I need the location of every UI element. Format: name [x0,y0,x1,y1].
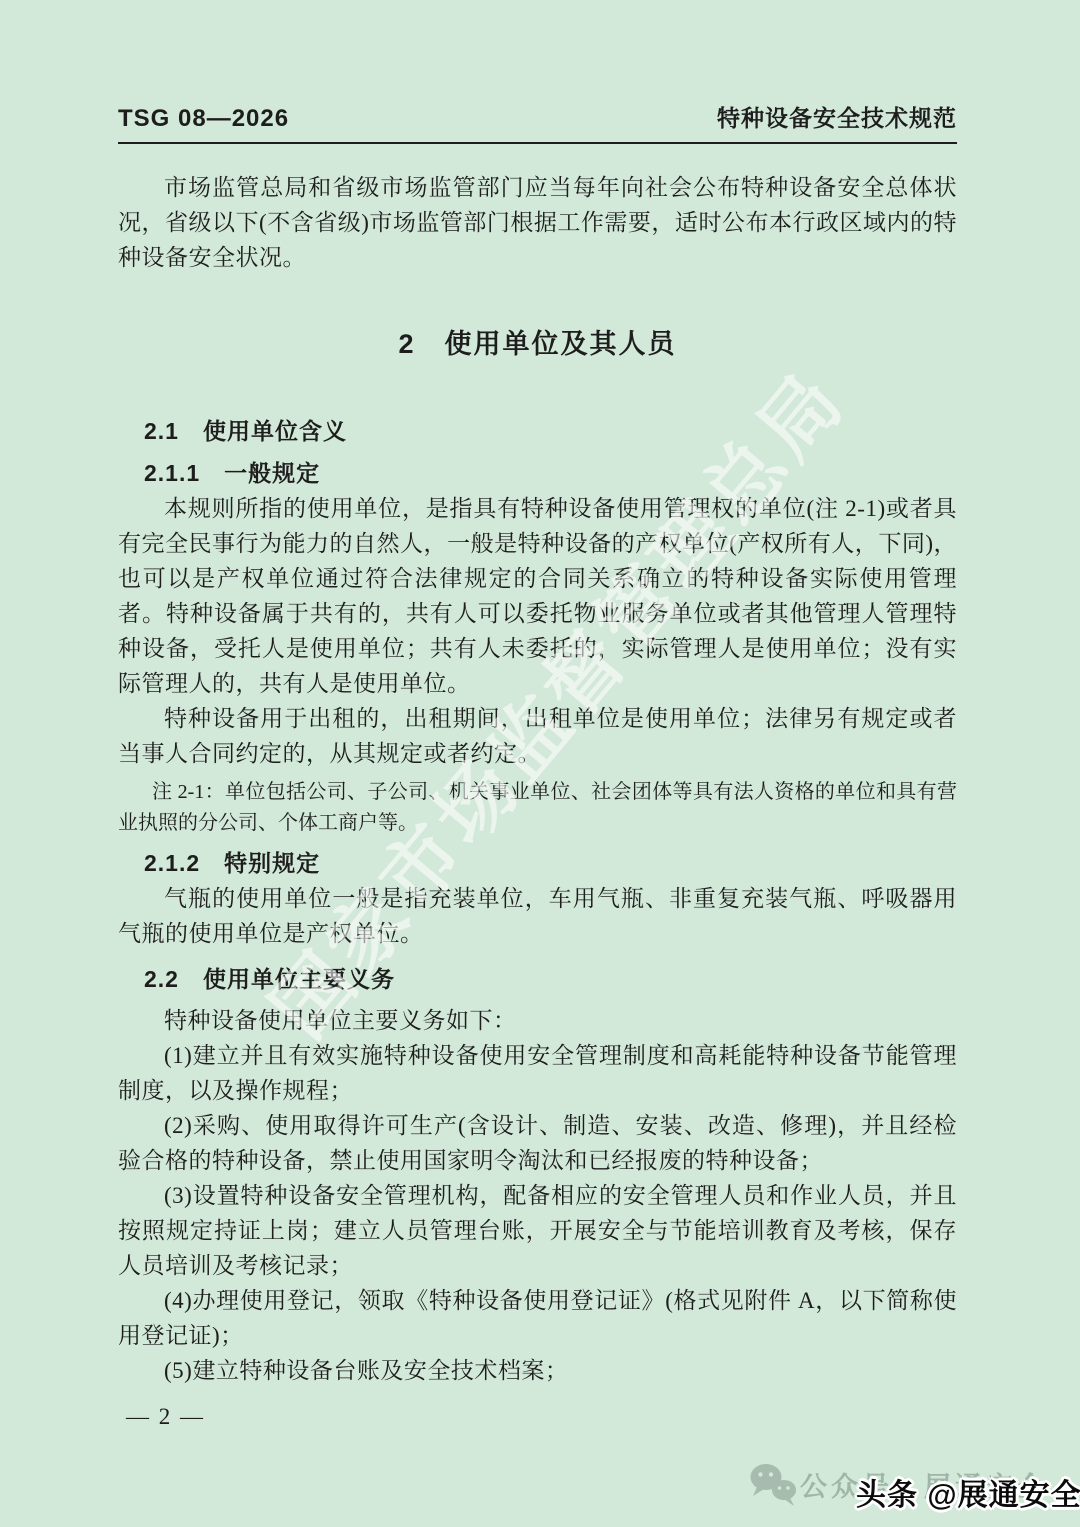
obligation-item-1: (1)建立并且有效实施特种设备使用安全管理制度和高耗能特种设备节能管理制度，以及… [118,1038,957,1108]
obligation-item-5: (5)建立特种设备台账及安全技术档案； [118,1353,957,1388]
document-code: TSG 08—2026 [118,105,289,133]
section-heading-2-1-1: 2.1.1 一般规定 [118,457,957,489]
obligation-item-4: (4)办理使用登记，领取《特种设备使用登记证》(格式见附件 A，以下简称使用登记… [118,1283,957,1353]
paragraph-2-1-1-a: 本规则所指的使用单位，是指具有特种设备使用管理权的单位(注 2-1)或者具有完全… [118,491,957,701]
wechat-icon [748,1462,798,1510]
obligation-item-2: (2)采购、使用取得许可生产(含设计、制造、安装、改造、修理)，并且经检验合格的… [118,1108,957,1178]
document-body: 市场监管总局和省级市场监管部门应当每年向社会公布特种设备安全总体状况，省级以下(… [118,170,957,1430]
page-header: TSG 08—2026 特种设备安全技术规范 [118,100,957,144]
paragraph-2-2-intro: 特种设备使用单位主要义务如下： [118,1003,957,1038]
paragraph-2-1-2: 气瓶的使用单位一般是指充装单位，车用气瓶、非重复充装气瓶、呼吸器用气瓶的使用单位… [118,881,957,951]
section-heading-2-1: 2.1 使用单位含义 [118,415,957,447]
obligation-item-3: (3)设置特种设备安全管理机构，配备相应的安全管理人员和作业人员，并且按照规定持… [118,1178,957,1283]
section-heading-2-1-2: 2.1.2 特别规定 [118,847,957,879]
chapter-title: 2 使用单位及其人员 [118,325,957,363]
note-2-1: 注 2-1：单位包括公司、子公司、机关事业单位、社会团体等具有法人资格的单位和具… [118,777,957,839]
social-footer: 公众号：展通安全 头条 @展通安全 [0,1458,1080,1518]
page-number: — 2 — [118,1404,957,1430]
document-category: 特种设备安全技术规范 [717,100,957,133]
document-page: TSG 08—2026 特种设备安全技术规范 市场监管总局和省级市场监管部门应当… [0,0,1080,1527]
paragraph-2-1-1-b: 特种设备用于出租的，出租期间，出租单位是使用单位；法律另有规定或者当事人合同约定… [118,701,957,771]
paragraph-intro: 市场监管总局和省级市场监管部门应当每年向社会公布特种设备安全总体状况，省级以下(… [118,170,957,275]
toutiao-handle-label: 头条 @展通安全 [856,1470,1080,1514]
section-heading-2-2: 2.2 使用单位主要义务 [118,963,957,995]
